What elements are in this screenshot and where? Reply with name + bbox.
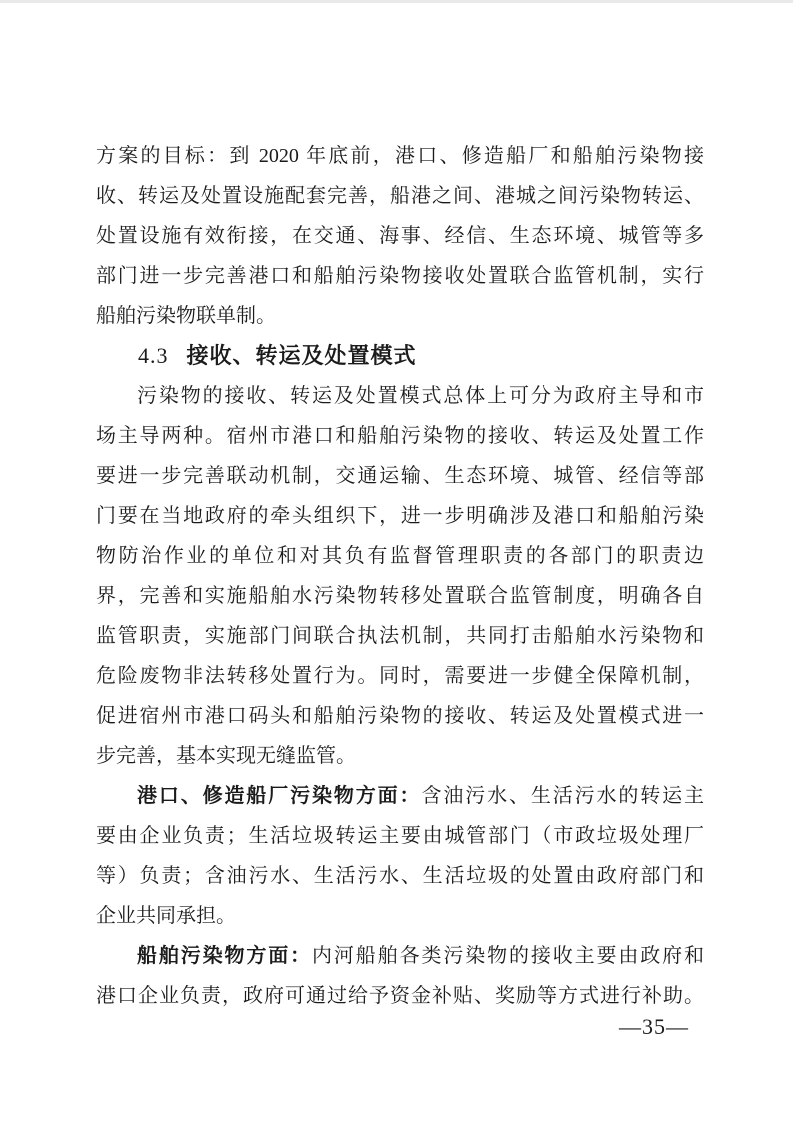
paragraph-line: 促进宿州市港口码头和船舶污染物的接收、转运及处置模式进一: [96, 696, 704, 736]
paragraph-line: 处置设施有效衔接，在交通、海事、经信、生态环境、城管等多: [96, 216, 704, 256]
paragraph-line: 船舶污染物联单制。: [96, 296, 704, 336]
paragraph-line: 物防治作业的单位和对其负有监督管理职责的各部门的职责边: [96, 536, 704, 576]
paragraph-line: 企业共同承担。: [96, 896, 704, 936]
paragraph-lead: 港口、修造船厂污染物方面：: [137, 785, 421, 807]
paragraph-line: 要进一步完善联动机制，交通运输、生态环境、城管、经信等部: [96, 456, 704, 496]
paragraph-line: 监管职责，实施部门间联合执法机制，共同打击船舶水污染物和: [96, 616, 704, 656]
section-number: 4.3: [138, 343, 169, 368]
scan-artifact-line: [0, 0, 793, 3]
paragraph-line: 方案的目标：到 2020 年底前，港口、修造船厂和船舶污染物接: [96, 136, 704, 176]
paragraph-lead-rest: 内河船舶各类污染物的接收主要由政府和: [312, 945, 704, 967]
page-number: —35—: [619, 1012, 689, 1042]
document-body: 方案的目标：到 2020 年底前，港口、修造船厂和船舶污染物接 收、转运及处置设…: [96, 136, 704, 1016]
section-title: 接收、转运及处置模式: [187, 343, 417, 368]
paragraph-line: 等）负责；含油污水、生活污水、生活垃圾的处置由政府部门和: [96, 856, 704, 896]
document-page: 方案的目标：到 2020 年底前，港口、修造船厂和船舶污染物接 收、转运及处置设…: [0, 0, 793, 1122]
paragraph-line: 部门进一步完善港口和船舶污染物接收处置联合监管机制，实行: [96, 256, 704, 296]
paragraph-line: 污染物的接收、转运及处置模式总体上可分为政府主导和市: [96, 376, 704, 416]
paragraph-line: 界，完善和实施船舶水污染物转移处置联合监管制度，明确各自: [96, 576, 704, 616]
paragraph-line: 危险废物非法转移处置行为。同时，需要进一步健全保障机制，: [96, 656, 704, 696]
paragraph-line: 场主导两种。宿州市港口和船舶污染物的接收、转运及处置工作: [96, 416, 704, 456]
paragraph-line: 收、转运及处置设施配套完善，船港之间、港城之间污染物转运、: [96, 176, 704, 216]
paragraph-line: 门要在当地政府的牵头组织下，进一步明确涉及港口和船舶污染: [96, 496, 704, 536]
body-paragraph: 污染物的接收、转运及处置模式总体上可分为政府主导和市 场主导两种。宿州市港口和船…: [96, 376, 704, 776]
paragraph-lead-rest: 含油污水、生活污水的转运主: [421, 785, 704, 807]
body-paragraph: 船舶污染物方面：内河船舶各类污染物的接收主要由政府和 港口企业负责，政府可通过给…: [96, 936, 704, 1016]
paragraph-line: 船舶污染物方面：内河船舶各类污染物的接收主要由政府和: [96, 936, 704, 976]
paragraph-line: 要由企业负责；生活垃圾转运主要由城管部门（市政垃圾处理厂: [96, 816, 704, 856]
continuation-paragraph: 方案的目标：到 2020 年底前，港口、修造船厂和船舶污染物接 收、转运及处置设…: [96, 136, 704, 336]
paragraph-lead: 船舶污染物方面：: [137, 945, 312, 967]
body-paragraph: 港口、修造船厂污染物方面：含油污水、生活污水的转运主 要由企业负责；生活垃圾转运…: [96, 776, 704, 936]
paragraph-line: 港口、修造船厂污染物方面：含油污水、生活污水的转运主: [96, 776, 704, 816]
paragraph-line: 港口企业负责，政府可通过给予资金补贴、奖励等方式进行补助。: [96, 976, 704, 1016]
paragraph-line: 步完善，基本实现无缝监管。: [96, 736, 704, 776]
section-heading: 4.3接收、转运及处置模式: [96, 336, 704, 376]
